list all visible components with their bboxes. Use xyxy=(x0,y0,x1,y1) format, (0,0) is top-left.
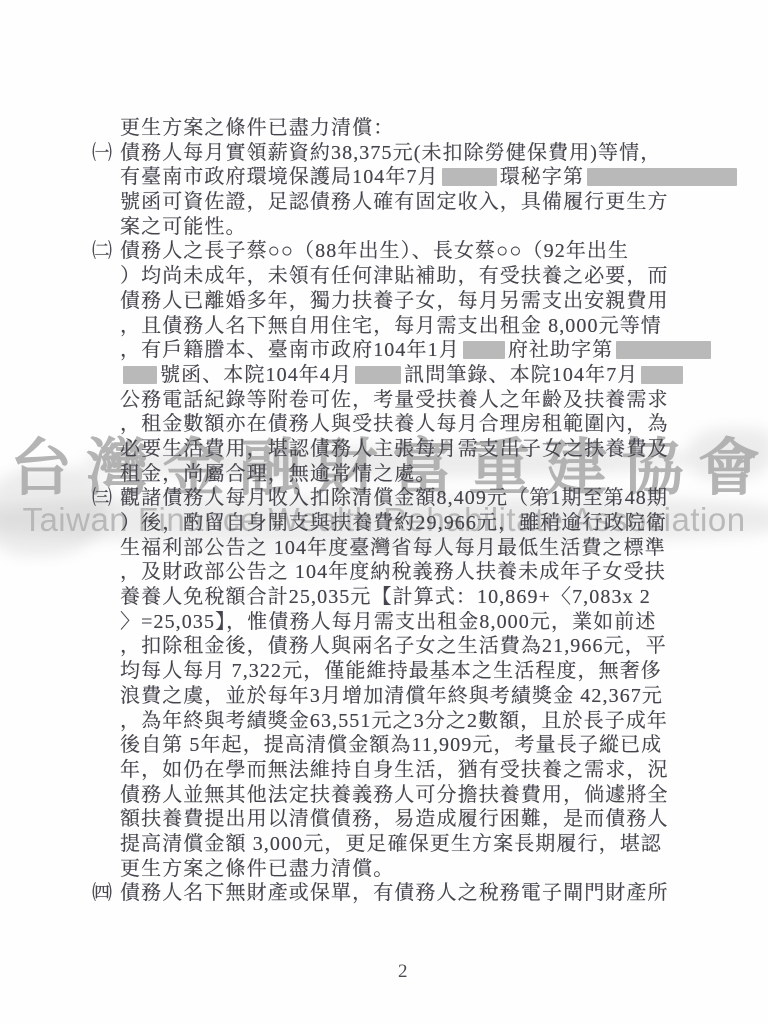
document-line: ，為年終與考績獎金63,551元之3分之2數額，且於長子成年 xyxy=(120,709,680,734)
text-segment: ）後，酌留自身開支與扶養費約29,966元，雖稍逾行政院衛 xyxy=(120,512,667,534)
text-segment: 浪費之虞，並於每年3月增加清償年終與考績獎金 42,367元 xyxy=(120,685,663,707)
document-line: 後自第 5年起，提高清償金額為11,909元，考量長子縱已成 xyxy=(120,733,680,758)
text-segment: ，及財政部公告之 104年度納稅義務人扶養未成年子女受扶 xyxy=(120,561,666,583)
text-segment: 債務人並無其他法定扶養義務人可分擔扶養費用，倘遽將全 xyxy=(120,784,669,806)
document-line: 〉=25,035】，惟債務人每月需支出租金8,000元，業如前述 xyxy=(120,610,680,635)
text-segment: 觀諸債務人每月收入扣除清償金額8,409元（第1期至第48期 xyxy=(120,487,668,509)
document-line: 額扶養費提出用以清償債務，易造成履行困難，是而債務人 xyxy=(120,807,680,832)
document-page: 台灣金融財富重建協會 Taiwan Finance Wealth Rehabil… xyxy=(0,0,768,1024)
redaction-box xyxy=(442,168,497,186)
redaction-box xyxy=(641,366,683,384)
document-line: 浪費之虞，並於每年3月增加清償年終與考績獎金 42,367元 xyxy=(120,684,680,709)
text-segment: 更生方案之條件已盡力清償： xyxy=(120,117,394,139)
document-line: 提高清償金額 3,000元，更足確保更生方案長期履行，堪認 xyxy=(120,832,680,857)
document-item-line: ㈣債務人名下無財產或保單，有債務人之稅務電子閘門財產所 xyxy=(120,881,680,906)
text-segment: 有臺南市政府環境保護局104年7月 xyxy=(120,166,439,188)
text-segment: ，扣除租金後，債務人與兩名子女之生活費為21,966元，平 xyxy=(120,635,667,657)
list-item-marker: ㈡ xyxy=(92,239,112,264)
document-line: ，扣除租金後，債務人與兩名子女之生活費為21,966元，平 xyxy=(120,634,680,659)
document-line: 號函可資佐證，足認債務人確有固定收入，具備履行更生方 xyxy=(120,190,680,215)
text-segment: 均每人每月 7,322元，僅能維持最基本之生活程度，無奢侈 xyxy=(120,660,662,682)
text-segment: 提高清償金額 3,000元，更足確保更生方案長期履行，堪認 xyxy=(120,833,662,855)
text-segment: 額扶養費提出用以清償債務，易造成履行困難，是而債務人 xyxy=(120,808,669,830)
text-segment: 號函可資佐證，足認債務人確有固定收入，具備履行更生方 xyxy=(120,191,669,213)
document-body: 更生方案之條件已盡力清償：㈠債務人每月實領薪資約38,375元(未扣除勞健保費用… xyxy=(120,116,680,906)
text-segment: ，為年終與考績獎金63,551元之3分之2數額，且於長子成年 xyxy=(120,710,668,732)
text-segment: ）均尚未成年，未領有任何津貼補助，有受扶養之必要，而 xyxy=(120,265,669,287)
document-line: 公務電話紀錄等附卷可佐，考量受扶養人之年齡及扶養需求 xyxy=(120,388,680,413)
text-segment: ，有戶籍謄本、臺南市政府104年1月 xyxy=(120,339,460,361)
text-segment: 環秘字第 xyxy=(500,166,584,188)
document-line: 號函、本院104年4月訊問筆錄、本院104年7月 xyxy=(120,363,680,388)
text-segment: 債務人每月實領薪資約38,375元(未扣除勞健保費用)等情， xyxy=(120,142,661,164)
document-line: 租金，尚屬合理，無逾常情之處。 xyxy=(120,462,680,487)
document-line: 案之可能性。 xyxy=(120,215,680,240)
document-line: ）後，酌留自身開支與扶養費約29,966元，雖稍逾行政院衛 xyxy=(120,511,680,536)
scan-smudge xyxy=(688,428,768,480)
document-line: 養養人免稅額合計25,035元【計算式：10,869+〈7,083x 2 xyxy=(120,585,680,610)
redaction-box xyxy=(616,341,711,359)
scan-smudge xyxy=(0,468,106,556)
redaction-box xyxy=(355,366,401,384)
text-segment: 〉=25,035】，惟債務人每月需支出租金8,000元，業如前述 xyxy=(120,611,656,633)
text-segment: 更生方案之條件已盡力清償。 xyxy=(120,858,394,880)
document-line: 更生方案之條件已盡力清償。 xyxy=(120,857,680,882)
page-number: 2 xyxy=(398,961,408,983)
document-item-line: ㈠債務人每月實領薪資約38,375元(未扣除勞健保費用)等情， xyxy=(120,141,680,166)
text-segment: 後自第 5年起，提高清償金額為11,909元，考量長子縱已成 xyxy=(120,734,662,756)
document-item-line: ㈡債務人之長子蔡○○（88年出生）、長女蔡○○（92年出生 xyxy=(120,239,680,264)
text-segment: 債務人已離婚多年，獨力扶養子女，每月另需支出安親費用 xyxy=(120,290,669,312)
document-line: 債務人已離婚多年，獨力扶養子女，每月另需支出安親費用 xyxy=(120,289,680,314)
redaction-box xyxy=(123,366,157,384)
redaction-box xyxy=(587,168,737,186)
text-segment: 必要生活費用，堪認債務人主張每月需支出子女之扶養費及 xyxy=(120,438,669,460)
text-segment: 公務電話紀錄等附卷可佐，考量受扶養人之年齡及扶養需求 xyxy=(120,389,669,411)
text-segment: 訊問筆錄、本院104年7月 xyxy=(404,364,638,386)
document-line: ）均尚未成年，未領有任何津貼補助，有受扶養之必要，而 xyxy=(120,264,680,289)
text-segment: 年，如仍在學而無法維持自身生活，猶有受扶養之需求，況 xyxy=(120,759,669,781)
document-line: 生福利部公告之 104年度臺灣省每人每月最低生活費之標準 xyxy=(120,536,680,561)
text-segment: 債務人之長子蔡○○（88年出生）、長女蔡○○（92年出生 xyxy=(120,240,629,262)
text-segment: 養養人免稅額合計25,035元【計算式：10,869+〈7,083x 2 xyxy=(120,586,651,608)
list-item-marker: ㈢ xyxy=(92,486,112,511)
document-line: ，且債務人名下無自用住宅，每月需支出租金 8,000元等情 xyxy=(120,314,680,339)
list-item-marker: ㈣ xyxy=(92,881,112,906)
document-line: 年，如仍在學而無法維持自身生活，猶有受扶養之需求，況 xyxy=(120,758,680,783)
text-segment: 府社助字第 xyxy=(508,339,614,361)
redaction-box xyxy=(463,341,505,359)
document-line: ，租金數額亦在債務人與受扶養人每月合理房租範圍內，為 xyxy=(120,412,680,437)
text-segment: ，租金數額亦在債務人與受扶養人每月合理房租範圍內，為 xyxy=(120,413,669,435)
text-segment: 號函、本院104年4月 xyxy=(160,364,352,386)
list-item-marker: ㈠ xyxy=(92,141,112,166)
document-heading-line: 更生方案之條件已盡力清償： xyxy=(120,116,680,141)
text-segment: 租金，尚屬合理，無逾常情之處。 xyxy=(120,463,437,485)
document-line: 均每人每月 7,322元，僅能維持最基本之生活程度，無奢侈 xyxy=(120,659,680,684)
document-item-line: ㈢觀諸債務人每月收入扣除清償金額8,409元（第1期至第48期 xyxy=(120,486,680,511)
text-segment: 案之可能性。 xyxy=(120,216,247,238)
document-line: ，及財政部公告之 104年度納稅義務人扶養未成年子女受扶 xyxy=(120,560,680,585)
text-segment: 生福利部公告之 104年度臺灣省每人每月最低生活費之標準 xyxy=(120,537,666,559)
document-line: 必要生活費用，堪認債務人主張每月需支出子女之扶養費及 xyxy=(120,437,680,462)
document-line: ，有戶籍謄本、臺南市政府104年1月府社助字第 xyxy=(120,338,680,363)
document-line: 有臺南市政府環境保護局104年7月環秘字第 xyxy=(120,165,680,190)
text-segment: 債務人名下無財產或保單，有債務人之稅務電子閘門財產所 xyxy=(120,882,669,904)
document-line: 債務人並無其他法定扶養義務人可分擔扶養費用，倘遽將全 xyxy=(120,783,680,808)
text-segment: ，且債務人名下無自用住宅，每月需支出租金 8,000元等情 xyxy=(120,315,662,337)
